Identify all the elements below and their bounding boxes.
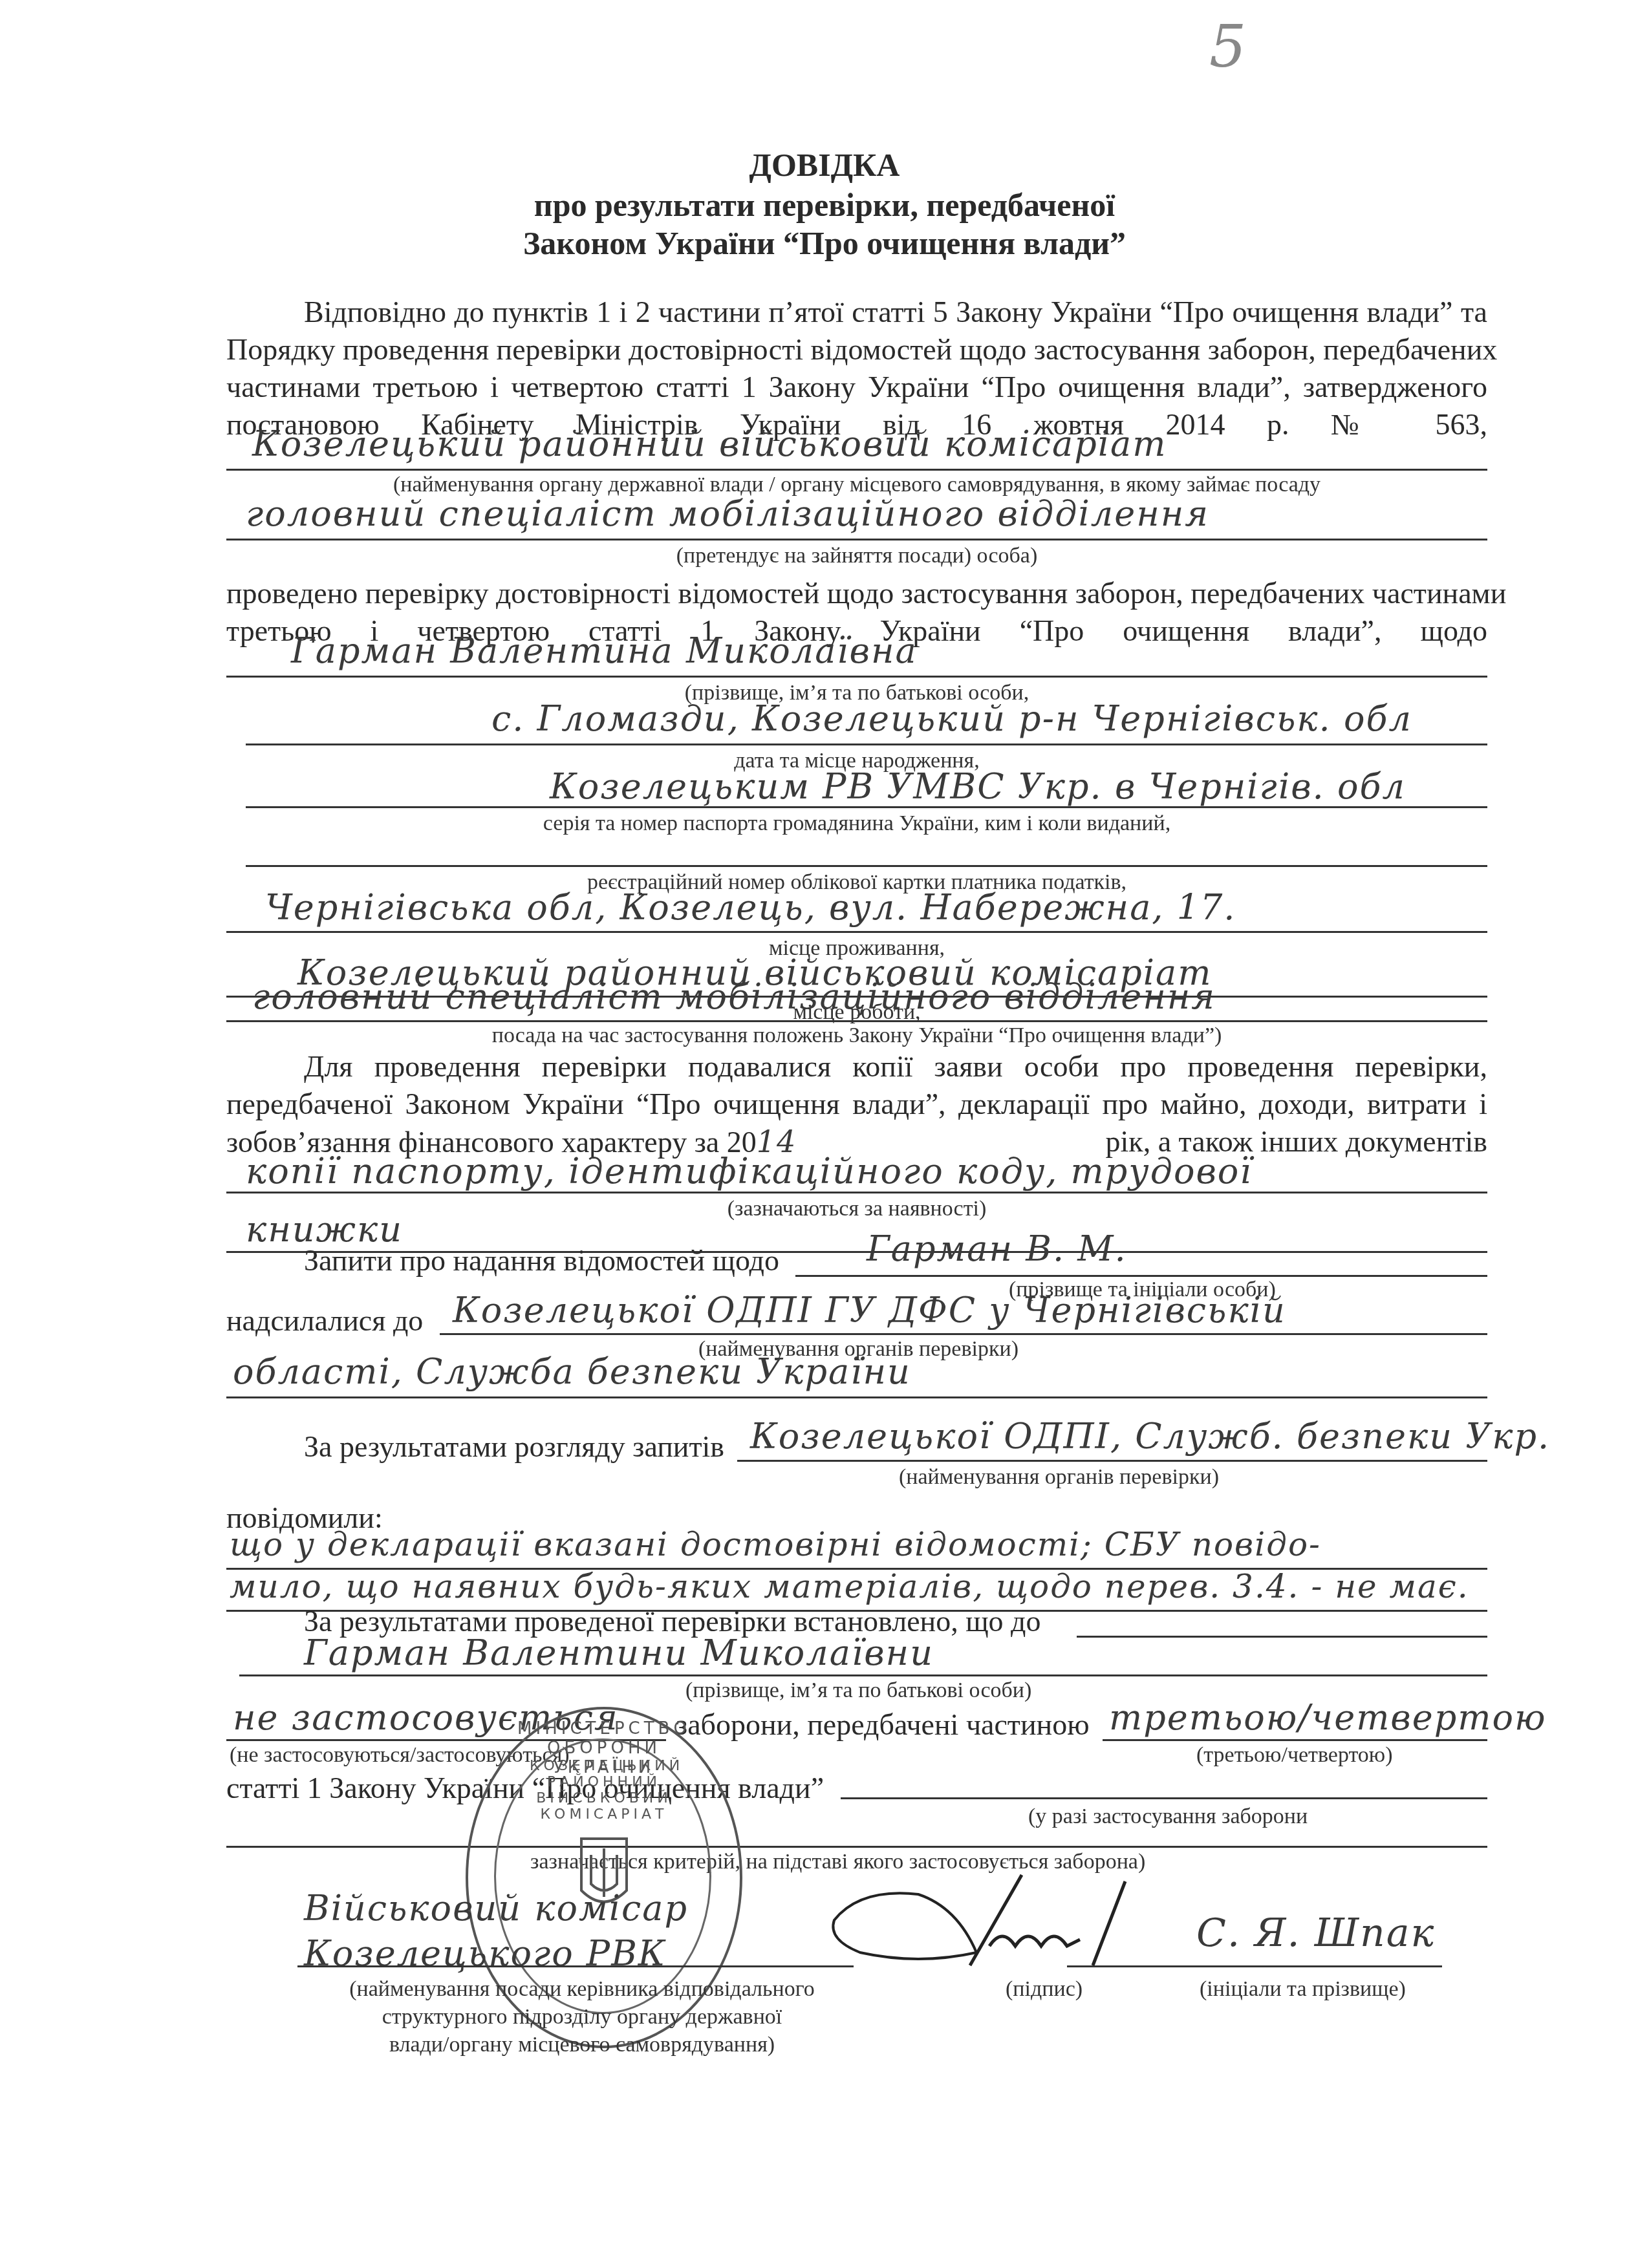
documents-caption: (зазначаються за наявності) xyxy=(226,1196,1487,1222)
document-page: 5 ДОВІДКА про результати перевірки, пере… xyxy=(0,0,1649,2268)
signature-name-underline xyxy=(1203,1965,1442,1967)
requests-sent-underline-2 xyxy=(226,1396,1487,1398)
position-current-caption: посада на час застосування положень Зако… xyxy=(226,1023,1487,1049)
position-sought-underline xyxy=(226,539,1487,540)
requests-sent-label: надсилалися до xyxy=(226,1303,423,1339)
results-caption: (найменування органів перевірки) xyxy=(899,1464,1219,1490)
signature-position-caption-3: влади/органу місцевого самоврядування) xyxy=(259,2032,905,2058)
signature-name-value: С. Я. Шпак xyxy=(1196,1910,1435,1956)
residence-underline xyxy=(226,931,1487,933)
passport-underline xyxy=(246,806,1487,808)
conclusion-label-underline xyxy=(1077,1636,1487,1638)
conclusion-middle-text: заборони, передбачені частиною xyxy=(676,1707,1090,1743)
conclusion-parts-value: третьою/четвертою xyxy=(1109,1697,1547,1738)
full-name-value: Гарман Валентина Миколаївна xyxy=(291,630,918,671)
conclusion-parts-underline xyxy=(1103,1739,1487,1741)
results-underline xyxy=(737,1460,1487,1462)
organ-value: Козелецький районний військовий комісарі… xyxy=(252,423,1167,464)
check-text-1: проведено перевірку достовірності відомо… xyxy=(226,575,1487,612)
intro-line-2: Порядку проведення перевірки достовірнос… xyxy=(226,332,1487,368)
documents-line-1: Для проведення перевірки подавалися копі… xyxy=(304,1049,1487,1085)
intro-line-1: Відповідно до пунктів 1 і 2 частини п’ят… xyxy=(304,294,1487,330)
conclusion-parts-caption: (третьою/четвертою) xyxy=(1196,1742,1393,1768)
document-subtitle-2: Законом України “Про очищення влади” xyxy=(0,224,1649,262)
organ-underline xyxy=(226,469,1487,471)
signature-position-value-1: Військовий комісар xyxy=(304,1888,688,1929)
conclusion-ban-caption: (у разі застосування заборони xyxy=(1028,1804,1308,1830)
conclusion-person-underline xyxy=(239,1674,1487,1676)
passport-caption: серія та номер паспорта громадянина Укра… xyxy=(226,811,1487,837)
tax-number-underline xyxy=(246,865,1487,867)
document-title: ДОВІДКА xyxy=(0,145,1649,184)
requests-person-value: Гарман В. М. xyxy=(867,1228,1127,1269)
stamp-inner-text: КОЗЕЛЕЦЬКИЙ РАЙОННИЙ ВІЙСЬКОВИЙ КОМІСАРІ… xyxy=(530,1758,678,1823)
documents-underline-1 xyxy=(226,1192,1487,1193)
signature-position-underline xyxy=(297,1965,854,1967)
intro-line-3: частинами третьою і четвертою статті 1 З… xyxy=(226,369,1487,405)
documents-value-1: копії паспорту, ідентифікаційного коду, … xyxy=(246,1151,1253,1192)
results-reported-2: мило, що наявних будь-яких матеріалів, щ… xyxy=(230,1568,1469,1605)
signature-position-value-2: Козелецького РВК xyxy=(304,1933,667,1974)
requests-sent-underline-1 xyxy=(440,1333,1487,1335)
signature-underline xyxy=(1067,1965,1222,1967)
signature-name-caption: (ініціали та прізвище) xyxy=(1200,1976,1406,2002)
results-value: Козелецької ОДПІ, Служб. безпеки Укр. xyxy=(750,1416,1550,1457)
position-sought-caption: (претендує на зайняття посади) особа) xyxy=(226,543,1487,569)
results-label: За результатами розгляду запитів xyxy=(304,1429,724,1465)
requests-sent-value-1: Козелецької ОДПІ ГУ ДФС у Чернігівській xyxy=(453,1290,1286,1331)
birth-value: с. Гломазди, Козелецький р-н Чернігівськ… xyxy=(491,698,1412,739)
conclusion-person-value: Гарман Валентини Миколаївни xyxy=(304,1632,934,1673)
signature-position-caption-2: структурного підрозділу органу державної xyxy=(259,2004,905,2030)
requests-label: Запити про надання відомостей щодо xyxy=(304,1243,779,1279)
signature-position-caption-1: (найменування посади керівника відповіда… xyxy=(259,1976,905,2002)
results-reported-1: що у декларації вказані достовірні відом… xyxy=(230,1526,1321,1563)
conclusion-article-underline xyxy=(841,1797,1487,1799)
page-number: 5 xyxy=(1209,13,1246,81)
document-subtitle-1: про результати перевірки, передбаченої xyxy=(0,186,1649,224)
full-name-underline xyxy=(226,676,1487,678)
handwritten-signature xyxy=(821,1868,1183,1985)
residence-value: Чернігівська обл, Козелець, вул. Набереж… xyxy=(265,887,1236,928)
position-current-value: головний спеціаліст мобілізаційного відд… xyxy=(252,976,1216,1017)
documents-line-2: передбаченої Законом України “Про очищен… xyxy=(226,1086,1487,1122)
requests-sent-value-2: області, Служба безпеки України xyxy=(233,1351,911,1392)
position-sought-value: головний спеціаліст мобілізаційного відд… xyxy=(246,493,1209,534)
position-current-underline xyxy=(226,1020,1487,1022)
signature-caption: (підпис) xyxy=(1006,1976,1083,2002)
passport-value: Козелецьким РВ УМВС Укр. в Чернігів. обл xyxy=(550,766,1406,807)
birth-underline xyxy=(246,744,1487,745)
conclusion-criteria-underline xyxy=(226,1846,1487,1848)
conclusion-person-caption: (прізвище, ім’я та по батькові особи) xyxy=(685,1678,1031,1704)
